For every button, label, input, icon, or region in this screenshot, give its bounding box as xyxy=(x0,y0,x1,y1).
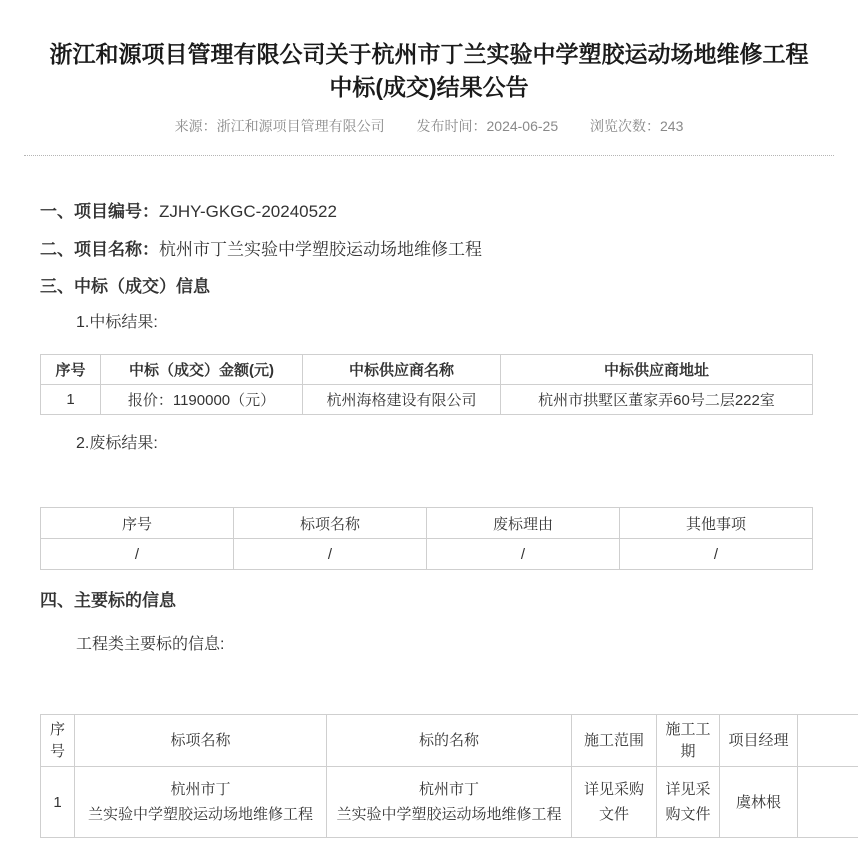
announcement-page: 浙江和源项目管理有限公司关于杭州市丁兰实验中学塑胶运动场地维修工程 中标(成交)… xyxy=(0,38,858,838)
award-info-heading: 三、中标（成交）信息 xyxy=(40,277,210,296)
subject-col-duration: 施工工期 xyxy=(657,715,720,767)
subject-table-header-row: 序号 标项名称 标的名称 施工范围 施工工期 项目经理 xyxy=(41,715,858,767)
subject-table-clip: 序号 标项名称 标的名称 施工范围 施工工期 项目经理 1 杭州市丁 兰实验中学… xyxy=(40,714,858,838)
project-name-value: 杭州市丁兰实验中学塑胶运动场地维修工程 xyxy=(159,240,482,259)
award-cell-supplier-name: 杭州海格建设有限公司 xyxy=(303,385,501,415)
award-cell-amount: 报价：1190000（元） xyxy=(101,385,303,415)
subject-cell-index: 1 xyxy=(41,767,75,838)
award-col-index: 序号 xyxy=(41,355,101,385)
project-name-label: 二、项目名称： xyxy=(40,240,159,259)
subject-cell-duration: 详见采购文件 xyxy=(657,767,720,838)
subject-table-row: 1 杭州市丁 兰实验中学塑胶运动场地维修工程 杭州市丁 兰实验中学塑胶运动场地维… xyxy=(41,767,858,838)
subject-col-subject-name: 标的名称 xyxy=(327,715,572,767)
project-number-label: 一、项目编号： xyxy=(40,202,159,221)
invalid-cell-reason: / xyxy=(427,539,620,570)
award-col-supplier-name: 中标供应商名称 xyxy=(303,355,501,385)
invalid-cell-index: / xyxy=(41,539,234,570)
invalid-col-other: 其他事项 xyxy=(620,508,813,539)
meta-bar: 来源：浙江和源项目管理有限公司 发布时间：2024-06-25 浏览次数：243 xyxy=(0,116,858,136)
engineering-info-label: 工程类主要标的信息: xyxy=(76,636,818,653)
award-cell-supplier-address: 杭州市拱墅区董家弄60号二层222室 xyxy=(501,385,813,415)
subject-col-manager: 项目经理 xyxy=(720,715,798,767)
project-number-value: ZJHY-GKGC-20240522 xyxy=(159,202,337,221)
invalid-result-label: 2.废标结果: xyxy=(76,435,818,452)
subject-cell-clipped xyxy=(798,767,858,838)
award-table-row: 1 报价：1190000（元） 杭州海格建设有限公司 杭州市拱墅区董家弄60号二… xyxy=(41,385,813,415)
subject-cell-manager: 虞林根 xyxy=(720,767,798,838)
invalid-cell-other: / xyxy=(620,539,813,570)
meta-source: 来源：浙江和源项目管理有限公司 xyxy=(175,116,385,136)
main-subject-table: 序号 标项名称 标的名称 施工范围 施工工期 项目经理 1 杭州市丁 兰实验中学… xyxy=(40,714,858,838)
main-subject-heading: 四、主要标的信息 xyxy=(40,591,176,610)
subject-cell-lot-name: 杭州市丁 兰实验中学塑胶运动场地维修工程 xyxy=(75,767,327,838)
subject-cell-scope: 详见采购文件 xyxy=(572,767,657,838)
dotted-divider xyxy=(24,155,834,156)
award-col-supplier-address: 中标供应商地址 xyxy=(501,355,813,385)
invalid-col-reason: 废标理由 xyxy=(427,508,620,539)
page-title: 浙江和源项目管理有限公司关于杭州市丁兰实验中学塑胶运动场地维修工程 中标(成交)… xyxy=(38,38,820,104)
award-result-table: 序号 中标（成交）金额(元) 中标供应商名称 中标供应商地址 1 报价：1190… xyxy=(40,354,813,415)
invalid-col-index: 序号 xyxy=(41,508,234,539)
award-result-label: 1.中标结果: xyxy=(76,314,818,331)
invalid-bid-table: 序号 标项名称 废标理由 其他事项 / / / / xyxy=(40,507,813,570)
invalid-col-lot-name: 标项名称 xyxy=(234,508,427,539)
section-project-number: 一、项目编号：ZJHY-GKGC-20240522 xyxy=(40,203,818,221)
subject-col-scope: 施工范围 xyxy=(572,715,657,767)
award-cell-index: 1 xyxy=(41,385,101,415)
invalid-table-row: / / / / xyxy=(41,539,813,570)
announcement-body: 一、项目编号：ZJHY-GKGC-20240522 二、项目名称：杭州市丁兰实验… xyxy=(0,203,858,838)
section-award-info: 三、中标（成交）信息 xyxy=(40,278,818,296)
meta-view-count: 浏览次数：243 xyxy=(590,116,683,136)
section-main-subject: 四、主要标的信息 xyxy=(40,592,818,610)
subject-col-clipped xyxy=(798,715,858,767)
award-table-header-row: 序号 中标（成交）金额(元) 中标供应商名称 中标供应商地址 xyxy=(41,355,813,385)
invalid-table-header-row: 序号 标项名称 废标理由 其他事项 xyxy=(41,508,813,539)
subject-col-lot-name: 标项名称 xyxy=(75,715,327,767)
meta-publish-time: 发布时间：2024-06-25 xyxy=(417,116,559,136)
subject-cell-subject-name: 杭州市丁 兰实验中学塑胶运动场地维修工程 xyxy=(327,767,572,838)
invalid-cell-lot-name: / xyxy=(234,539,427,570)
subject-col-index: 序号 xyxy=(41,715,75,767)
section-project-name: 二、项目名称：杭州市丁兰实验中学塑胶运动场地维修工程 xyxy=(40,241,818,259)
award-col-amount: 中标（成交）金额(元) xyxy=(101,355,303,385)
